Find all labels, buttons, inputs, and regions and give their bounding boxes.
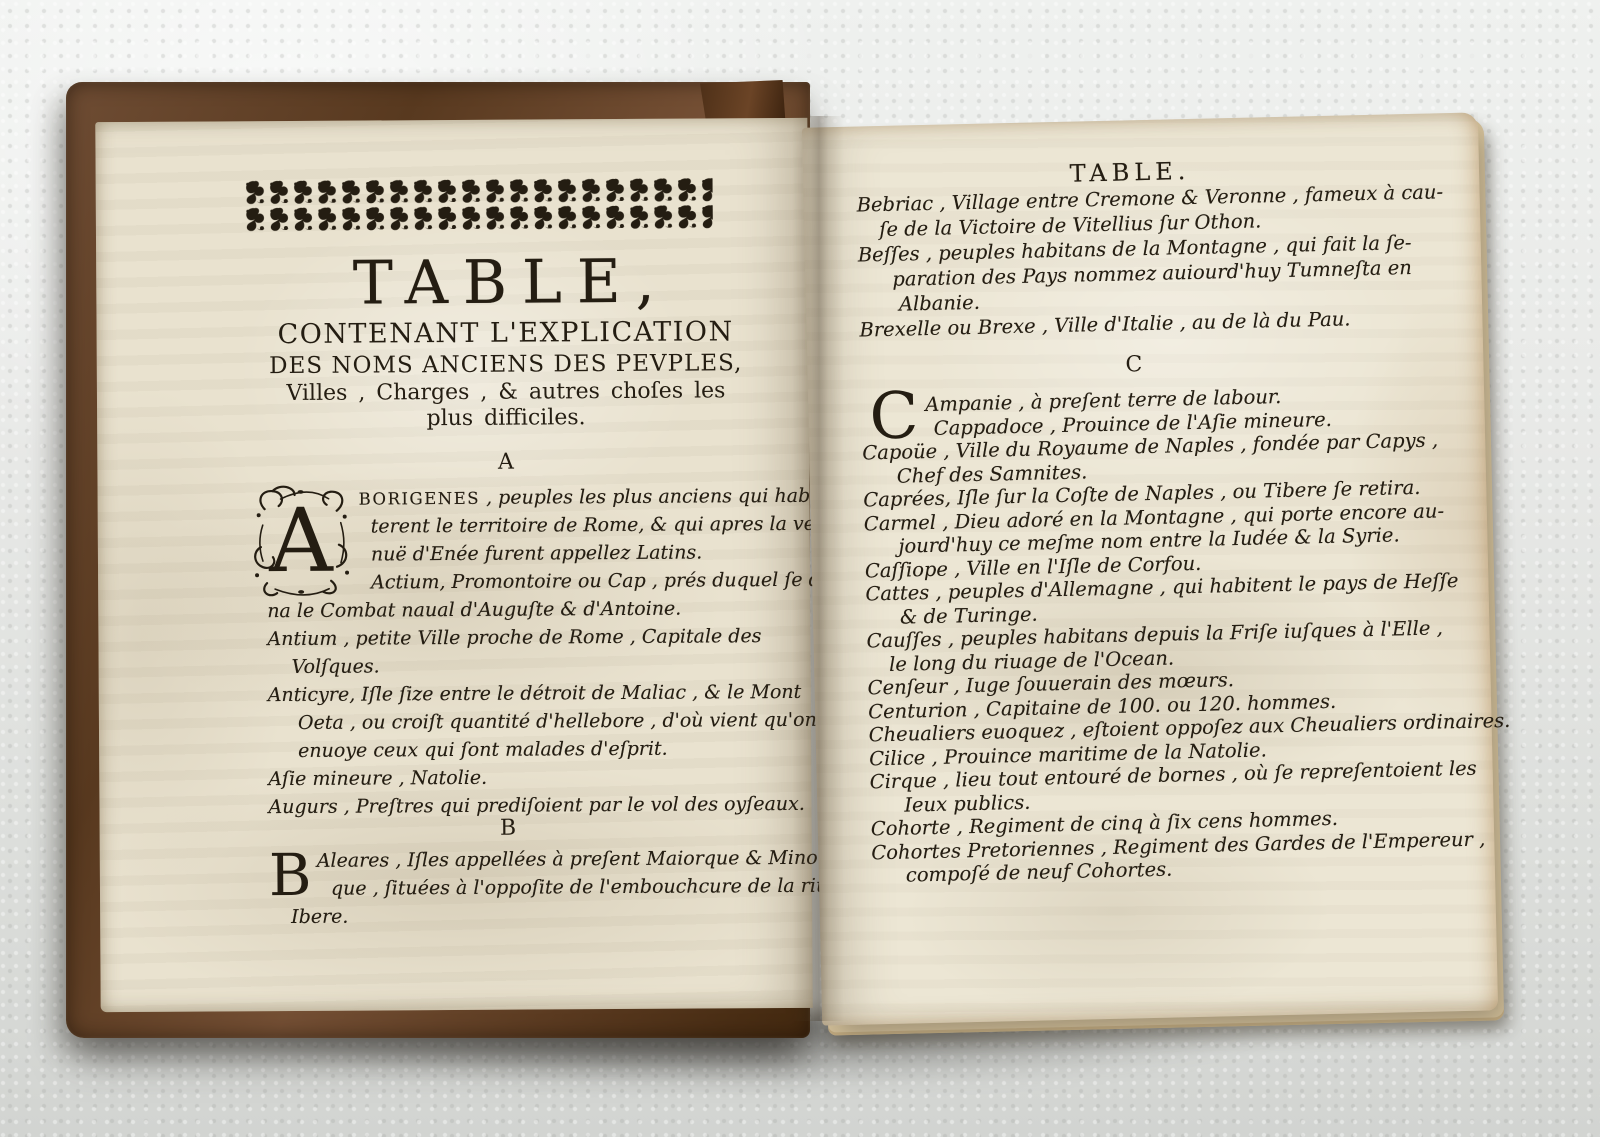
section-c-entries: C Ampanie , à preſent terre de labour. C…: [861, 382, 1432, 888]
entry-text: , peuples les plus anciens qui habi-: [480, 485, 823, 509]
entry-line: Aleares , Iſles appellées à preſent Maio…: [317, 844, 779, 875]
open-book: TABLE, CONTENANT L'EXPLICATION DES NOMS …: [66, 80, 1492, 1042]
section-heading-b: B: [269, 814, 749, 842]
entry-line: BORIGENES , peuples les plus anciens qui…: [359, 482, 777, 513]
drop-cap-b: B: [269, 849, 312, 901]
section-b-entries: B Aleares , Iſles appellées à preſent Ma…: [269, 844, 780, 931]
section-heading-a: A: [266, 448, 746, 476]
entry-line: nuë d'Enée furent appellez Latins.: [371, 538, 777, 568]
fleuron-ornament-band: [243, 176, 713, 233]
right-page: TABLE. Bebriac , Village entre Cremone &…: [802, 112, 1498, 1025]
entry-line: enuoye ceux qui ſont malades d'eſprit.: [298, 734, 778, 765]
section-b-continued-entries: Bebriac , Village entre Cremone & Veronn…: [856, 180, 1419, 343]
entry-line: Actium, Promontoire ou Cap , prés duquel…: [371, 566, 777, 596]
section-a-entries: A BORIGENES , peuples les plus anciens q…: [267, 482, 779, 821]
left-page: TABLE, CONTENANT L'EXPLICATION DES NOMS …: [95, 118, 812, 1012]
entry-line: Volſques.: [292, 650, 778, 681]
entry-line: que , ſituées à l'oppoſite de l'embouchc…: [331, 872, 779, 903]
subtitle-line: plus difficiles.: [266, 404, 746, 432]
ornate-initial-a-letter: A: [268, 489, 335, 592]
page-title: TABLE,: [265, 246, 745, 319]
subtitle-line: DES NOMS ANCIENS DES PEVPLES,: [256, 350, 756, 379]
section-heading-c: C: [860, 346, 1408, 383]
entry-line: Oeta , ou croiſt quantité d'hellebore , …: [298, 706, 778, 737]
ornate-initial-a: A: [251, 485, 352, 598]
entry-line: na le Combat naual d'Auguſte & d'Antoine…: [267, 594, 777, 625]
subtitle-line: CONTENANT L'EXPLICATION: [255, 316, 755, 350]
entry-lead-word: BORIGENES: [359, 489, 481, 509]
entry-line: terent le territoire de Rome, & qui apre…: [371, 510, 777, 540]
subtitle-line: Villes , Charges , & autres choſes les: [266, 378, 746, 406]
entry-line: Aſie mineure , Natolie.: [268, 762, 778, 793]
drop-cap-c: C: [869, 387, 919, 446]
photo-background: TABLE, CONTENANT L'EXPLICATION DES NOMS …: [0, 0, 1600, 1137]
entry-line: Ibere.: [291, 900, 779, 931]
entry-line: Anticyre, Iſle ſize entre le détroit de …: [268, 678, 778, 709]
entry-line: Antium , petite Ville proche de Rome , C…: [267, 622, 777, 653]
